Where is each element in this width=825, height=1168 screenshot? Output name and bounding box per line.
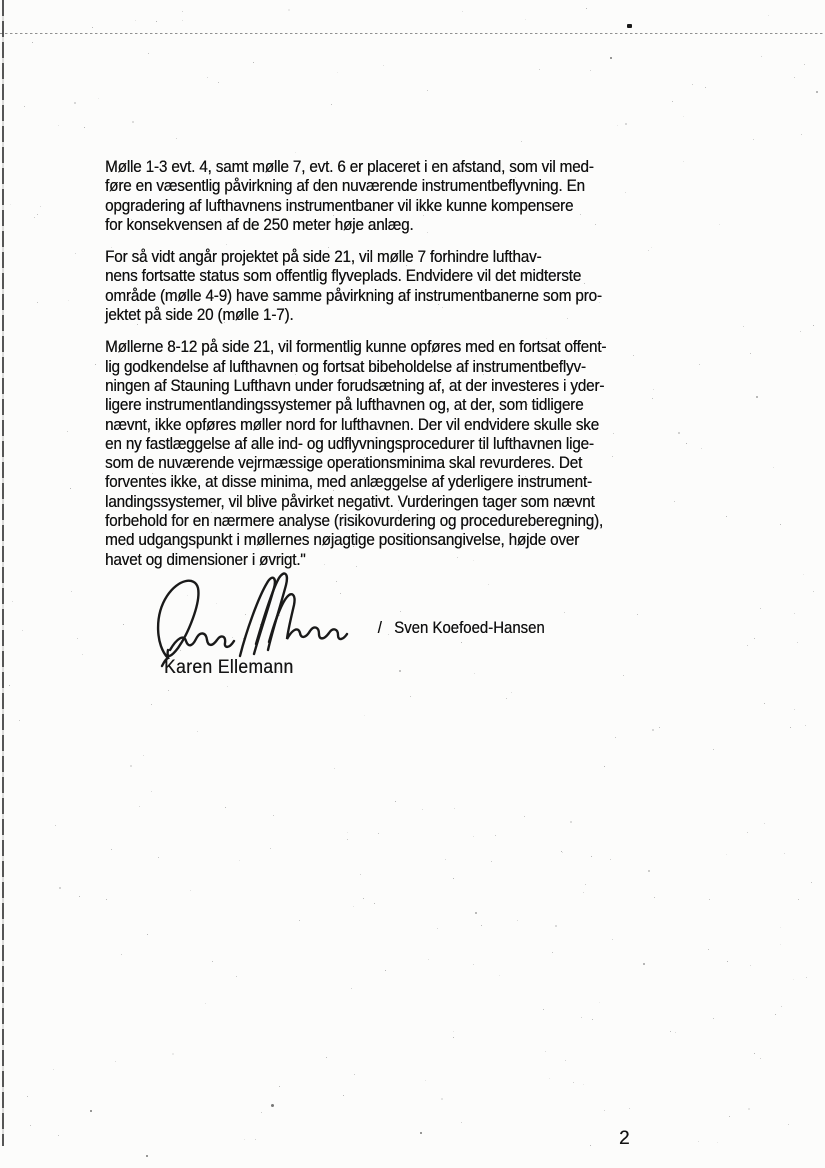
- text-line: havet og dimensioner i øvrigt.": [105, 550, 606, 569]
- text-line: for konsekvensen af de 250 meter høje an…: [105, 215, 606, 234]
- text-line: lig godkendelse af lufthavnen og fortsat…: [105, 357, 606, 376]
- text-line: forventes ikke, at disse minima, med anl…: [105, 472, 606, 491]
- signer-printed-name: Karen Ellemann: [164, 657, 294, 679]
- text-line: ningen af Stauning Lufthavn under foruds…: [105, 376, 606, 395]
- text-line: nens fortsatte status som offentlig flyv…: [105, 266, 606, 285]
- paragraph: Møllerne 8-12 på side 21, vil formentlig…: [105, 337, 662, 569]
- page-number: 2: [619, 1128, 630, 1150]
- text-line: ligere instrumentlandingssystemer på luf…: [105, 395, 606, 414]
- text-line: nævnt, ikke opføres møller nord for luft…: [105, 415, 606, 434]
- text-line: landingssystemer, vil blive påvirket neg…: [105, 492, 606, 511]
- text-line: jektet på side 20 (mølle 1-7).: [105, 305, 606, 324]
- countersignature-line: /Sven Koefoed-Hansen: [361, 598, 545, 658]
- text-line: For så vidt angår projektet på side 21, …: [105, 247, 606, 266]
- text-line: område (mølle 4-9) have samme påvirkning…: [105, 286, 606, 305]
- text-line: føre en væsentlig påvirkning af den nuvæ…: [105, 176, 606, 195]
- paragraph: Mølle 1-3 evt. 4, samt mølle 7, evt. 6 e…: [105, 157, 662, 234]
- countersigner-name: Sven Koefoed-Hansen: [394, 618, 545, 637]
- scan-top-dashed-line: [0, 33, 825, 34]
- letter-body: Mølle 1-3 evt. 4, samt mølle 7, evt. 6 e…: [105, 157, 662, 569]
- countersign-slash: /: [378, 618, 382, 638]
- text-line: opgradering af lufthavnens instrumentban…: [105, 196, 606, 215]
- text-line: med udgangspunkt i møllernes nøjagtige p…: [105, 530, 606, 549]
- scan-left-edge-line: [2, 0, 4, 1146]
- paragraph: For så vidt angår projektet på side 21, …: [105, 247, 662, 324]
- text-line: en ny fastlæggelse af alle ind- og udfly…: [105, 434, 606, 453]
- scan-speck-dot: [627, 24, 632, 28]
- scanned-letter-page: Mølle 1-3 evt. 4, samt mølle 7, evt. 6 e…: [0, 0, 825, 1168]
- text-line: Møllerne 8-12 på side 21, vil formentlig…: [105, 337, 606, 356]
- text-line: Mølle 1-3 evt. 4, samt mølle 7, evt. 6 e…: [105, 157, 606, 176]
- text-line: forbehold for en nærmere analyse (risiko…: [105, 511, 606, 530]
- text-line: som de nuværende vejrmæssige operationsm…: [105, 453, 606, 472]
